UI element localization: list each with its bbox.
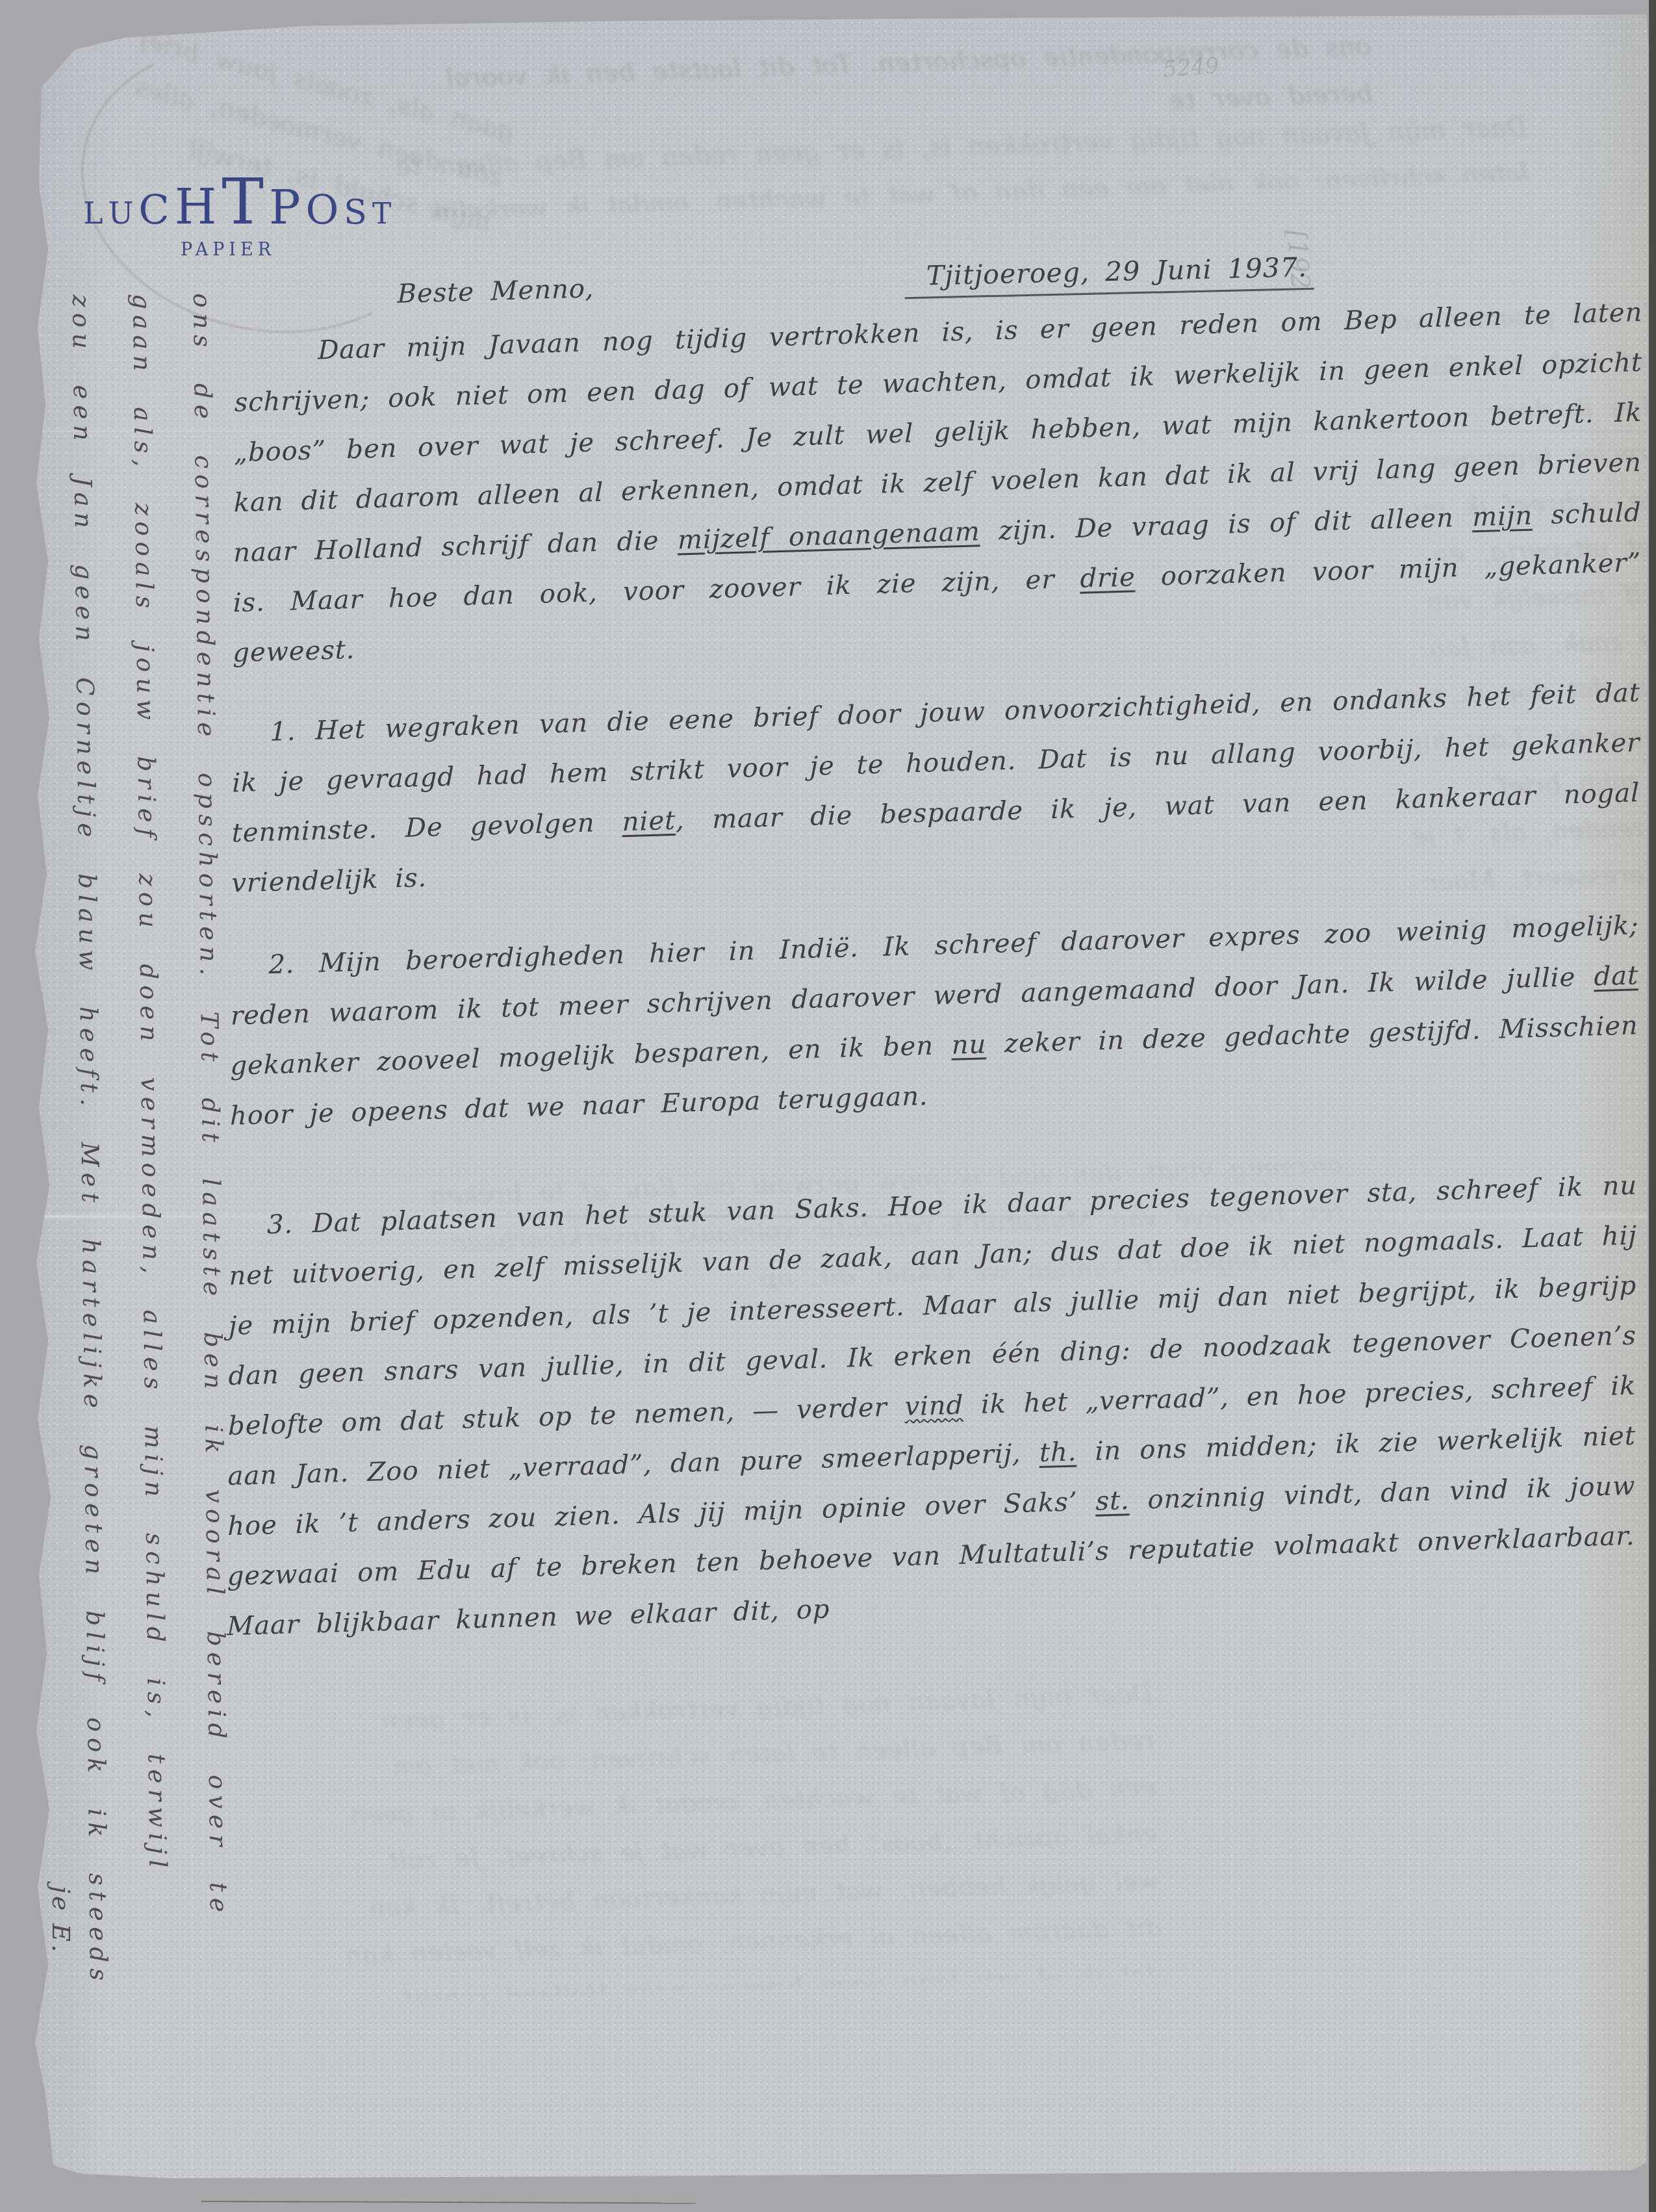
- underlined-word: dat: [1594, 960, 1638, 992]
- underlined-word: drie: [1080, 562, 1135, 593]
- margin-note: ons de correspondentie opschorten. Tot d…: [49, 293, 251, 2167]
- letterhead-letter: P: [269, 184, 305, 231]
- underlined-word: st.: [1095, 1485, 1130, 1517]
- pencil-annotation: 5249: [1162, 53, 1220, 83]
- letterhead-letter: L: [83, 198, 108, 228]
- handwritten-text: zijn. De vraag is of dit alleen: [980, 502, 1473, 547]
- ink-bleedthrough: Daar mijn Javaan nog tijdig vertrokken i…: [383, 103, 1529, 220]
- handwritten-text: gekanker zooveel mogelijk besparen, en i…: [230, 1031, 952, 1081]
- letter-paragraph: 3. Dat plaatsen van het stuk van Saks. H…: [227, 1161, 1637, 1652]
- underlined-word: mijzelf onaangenaam: [678, 517, 980, 555]
- letter-sheet: ons de correspondentie opschorten. Tot d…: [34, 14, 1649, 2178]
- letterhead-letter: S: [344, 196, 372, 229]
- letterhead-letter: H: [175, 183, 222, 231]
- underlined-word: mijn: [1472, 501, 1533, 533]
- letterhead-subtitle: PAPIER: [83, 240, 396, 260]
- letterhead-letter: T: [372, 200, 396, 229]
- ink-bleedthrough: ons de correspondentie opschorten. Tot d…: [370, 23, 1373, 157]
- letterhead-letter: T: [222, 170, 269, 233]
- letterhead: LUCHTPOST PAPIER: [83, 170, 396, 260]
- scanner-edge-shadow: [1649, 0, 1656, 2212]
- letterhead-letter: O: [305, 190, 344, 230]
- handwritten-text: 2. Mijn beroerdigheden hier in Indië. Ik…: [231, 910, 1639, 1031]
- ink-bleedthrough: Daar mijn Javaan nog tijdig vertrokken i…: [334, 1670, 1163, 2004]
- signature: je E.: [47, 1886, 75, 2081]
- underlined-word: niet: [622, 806, 676, 837]
- letter-paragraph: 1. Het wegraken van die eene brief door …: [231, 668, 1640, 909]
- letterhead-letter: C: [138, 190, 174, 230]
- scanned-letter-page: { "page": { "letterhead": { "brand": "LU…: [0, 0, 1656, 2212]
- letter-body: Beste Menno, Daar mijn Javaan nog tijdig…: [227, 234, 1643, 1653]
- underlined-word: nu: [952, 1029, 987, 1061]
- letter-paragraph: 2. Mijn beroerdigheden hier in Indië. Ik…: [230, 901, 1639, 1142]
- letter-paragraph: Daar mijn Javaan nog tijdig vertrokken i…: [233, 288, 1642, 679]
- letterhead-brand: LUCHTPOST: [83, 170, 396, 233]
- underlined-word: vind: [904, 1390, 963, 1422]
- scanner-scratch-mark: [201, 2201, 695, 2204]
- underlined-word: th.: [1039, 1437, 1077, 1468]
- letter-paragraphs: Daar mijn Javaan nog tijdig vertrokken i…: [227, 288, 1643, 1653]
- letterhead-letter: U: [108, 198, 139, 228]
